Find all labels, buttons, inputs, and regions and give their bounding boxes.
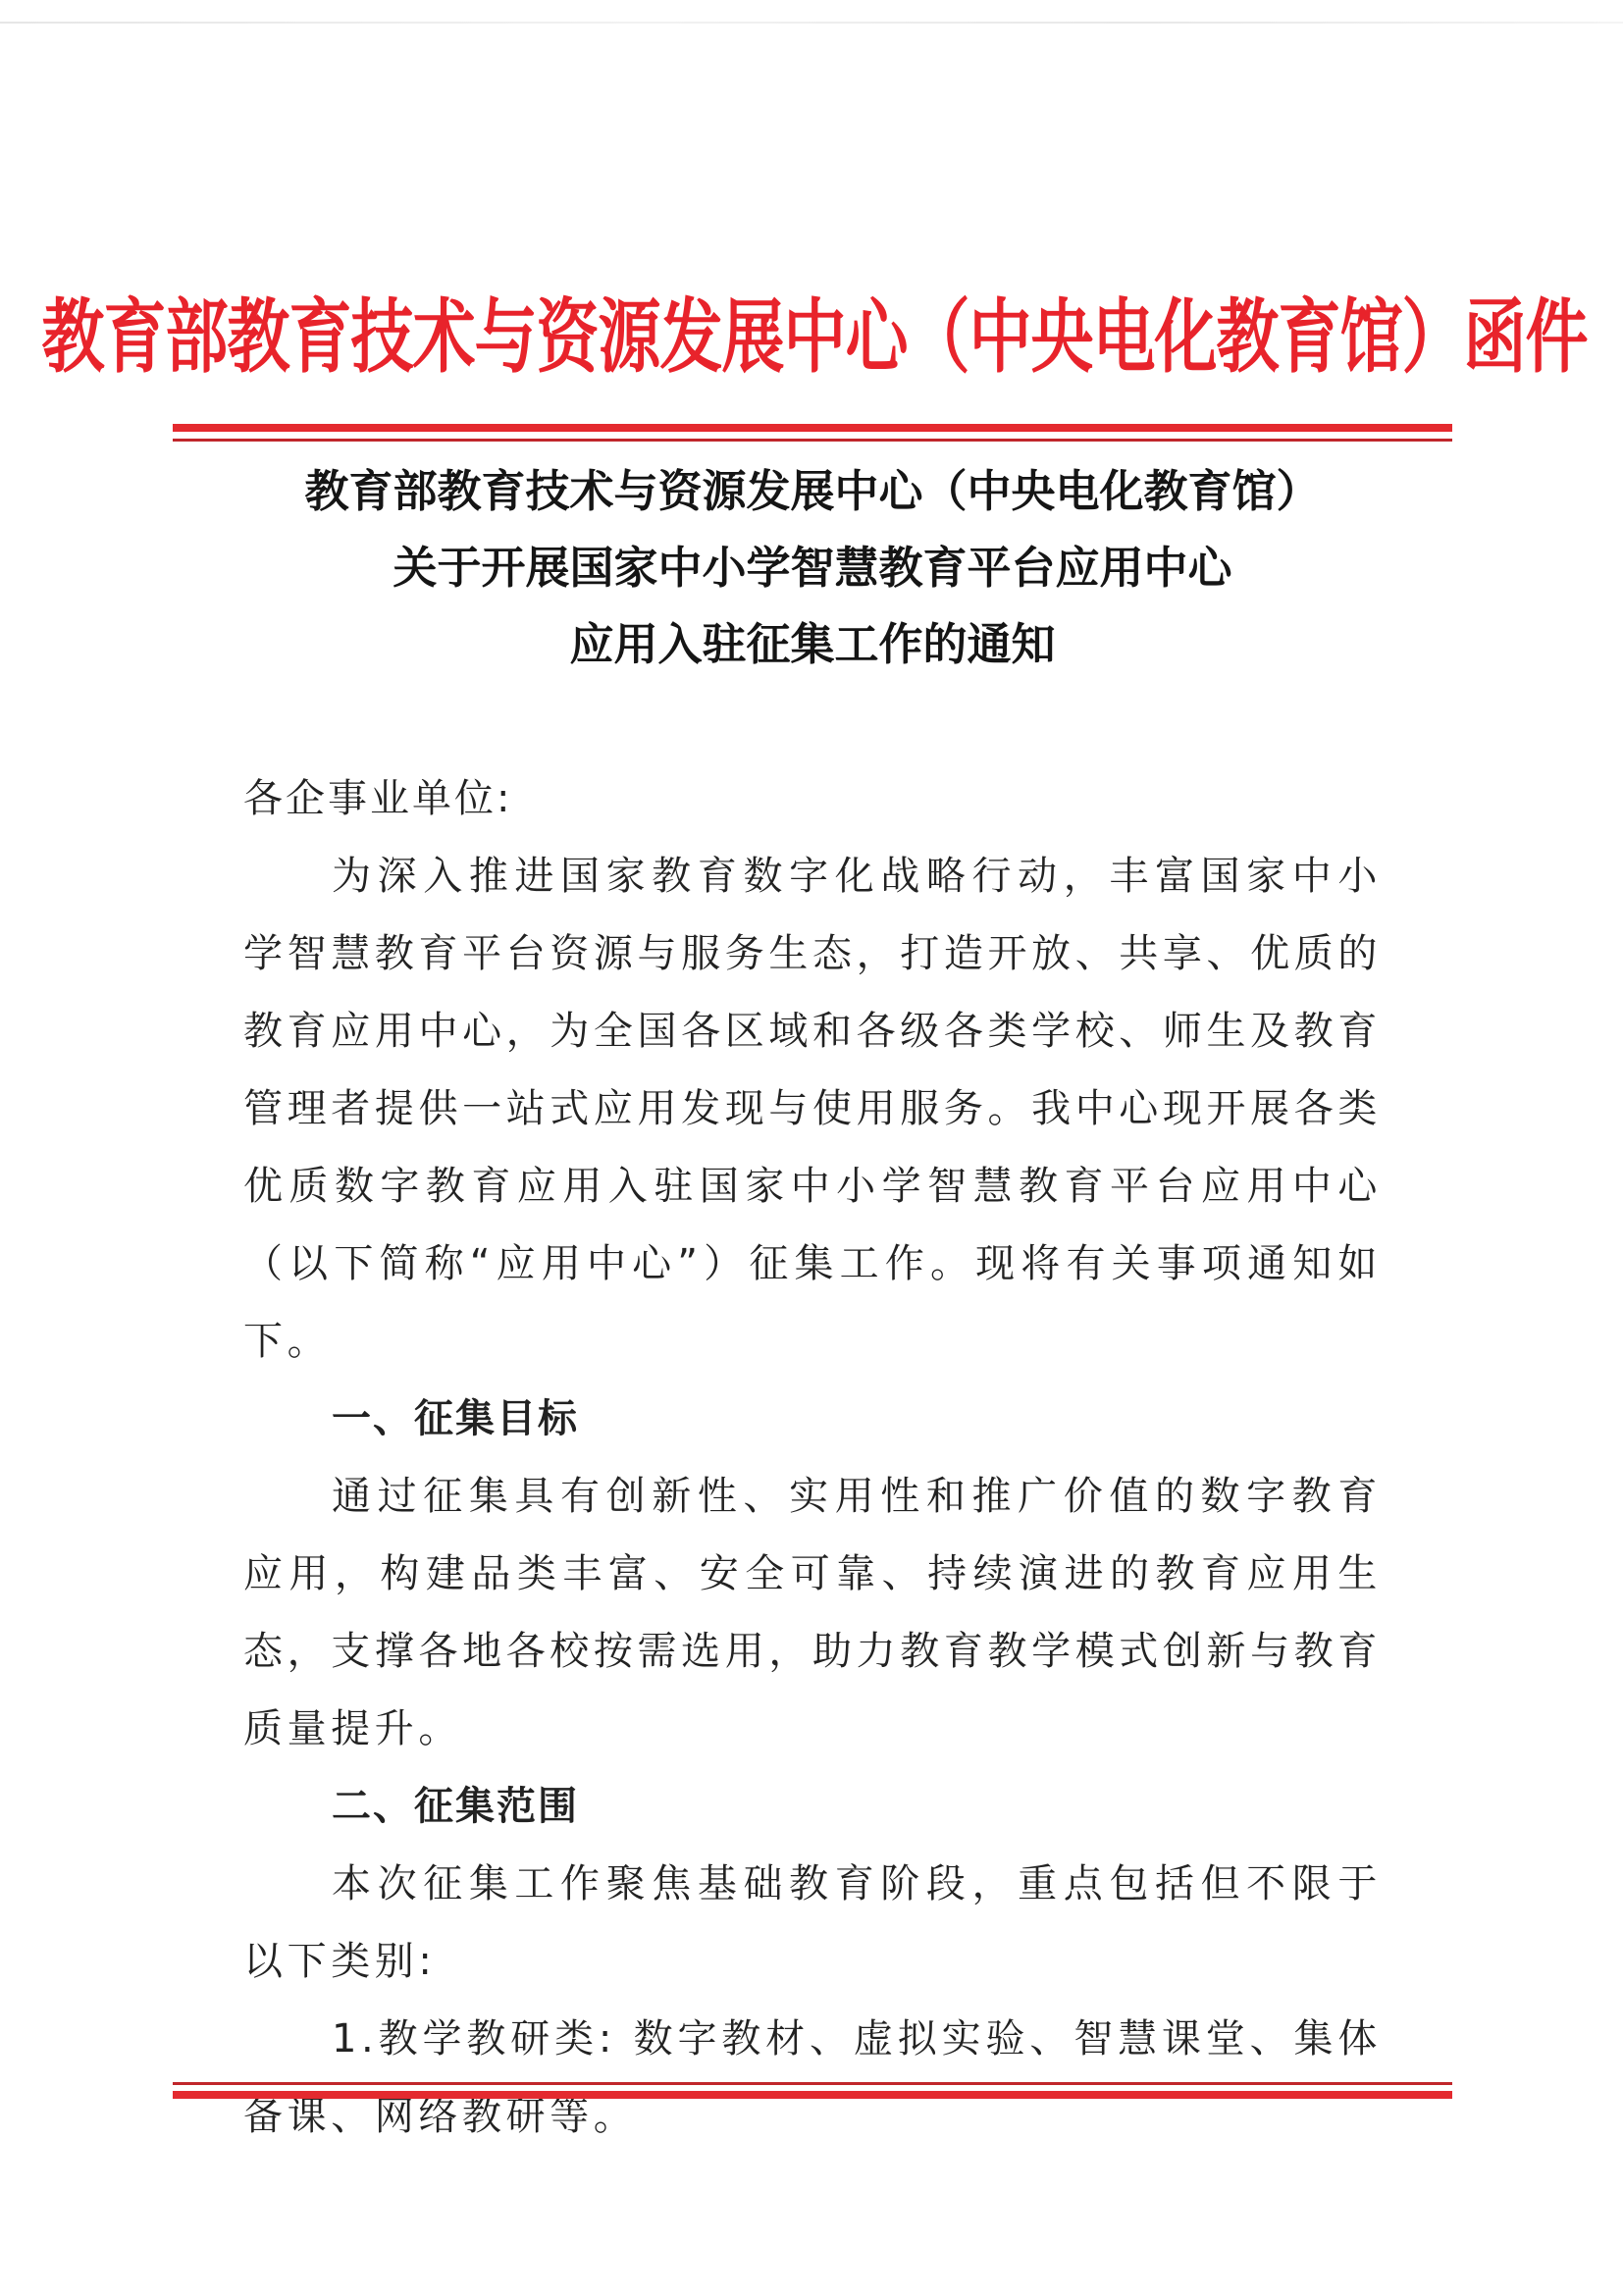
intro-paragraph: 为深入推进国家教育数字化战略行动，丰富国家中小学智慧教育平台资源与服务生态，打造… xyxy=(243,838,1382,1381)
scan-edge-artifact xyxy=(0,22,1623,24)
document-title: 教育部教育技术与资源发展中心（中央电化教育馆） 关于开展国家中小学智慧教育平台应… xyxy=(173,453,1452,683)
header-rule-thin xyxy=(173,439,1452,442)
letterhead-title: 教育部教育技术与资源发展中心（中央电化教育馆）函件 xyxy=(186,262,1442,400)
section-goals-paragraph: 通过征集具有创新性、实用性和推广价值的数字教育应用，构建品类丰富、安全可靠、持续… xyxy=(243,1458,1382,1768)
document-body: 各企事业单位: 为深入推进国家教育数字化战略行动，丰富国家中小学智慧教育平台资源… xyxy=(243,760,1382,2156)
footer-rule-thick xyxy=(173,2091,1452,2099)
section-heading-scope: 二、征集范围 xyxy=(243,1768,1382,1846)
section-heading-goals: 一、征集目标 xyxy=(243,1381,1382,1458)
header-rule-thick xyxy=(173,424,1452,432)
section-scope-paragraph: 本次征集工作聚焦基础教育阶段，重点包括但不限于以下类别: xyxy=(243,1846,1382,2001)
title-line-2: 关于开展国家中小学智慧教育平台应用中心 xyxy=(173,530,1452,606)
title-line-1: 教育部教育技术与资源发展中心（中央电化教育馆） xyxy=(173,453,1452,530)
title-line-3: 应用入驻征集工作的通知 xyxy=(173,606,1452,683)
scope-item-teaching-research: 1.教学教研类: 数字教材、虚拟实验、智慧课堂、集体备课、网络教研等。 xyxy=(243,2001,1382,2156)
footer-rule-thin xyxy=(173,2082,1452,2085)
salutation: 各企事业单位: xyxy=(243,760,1382,838)
